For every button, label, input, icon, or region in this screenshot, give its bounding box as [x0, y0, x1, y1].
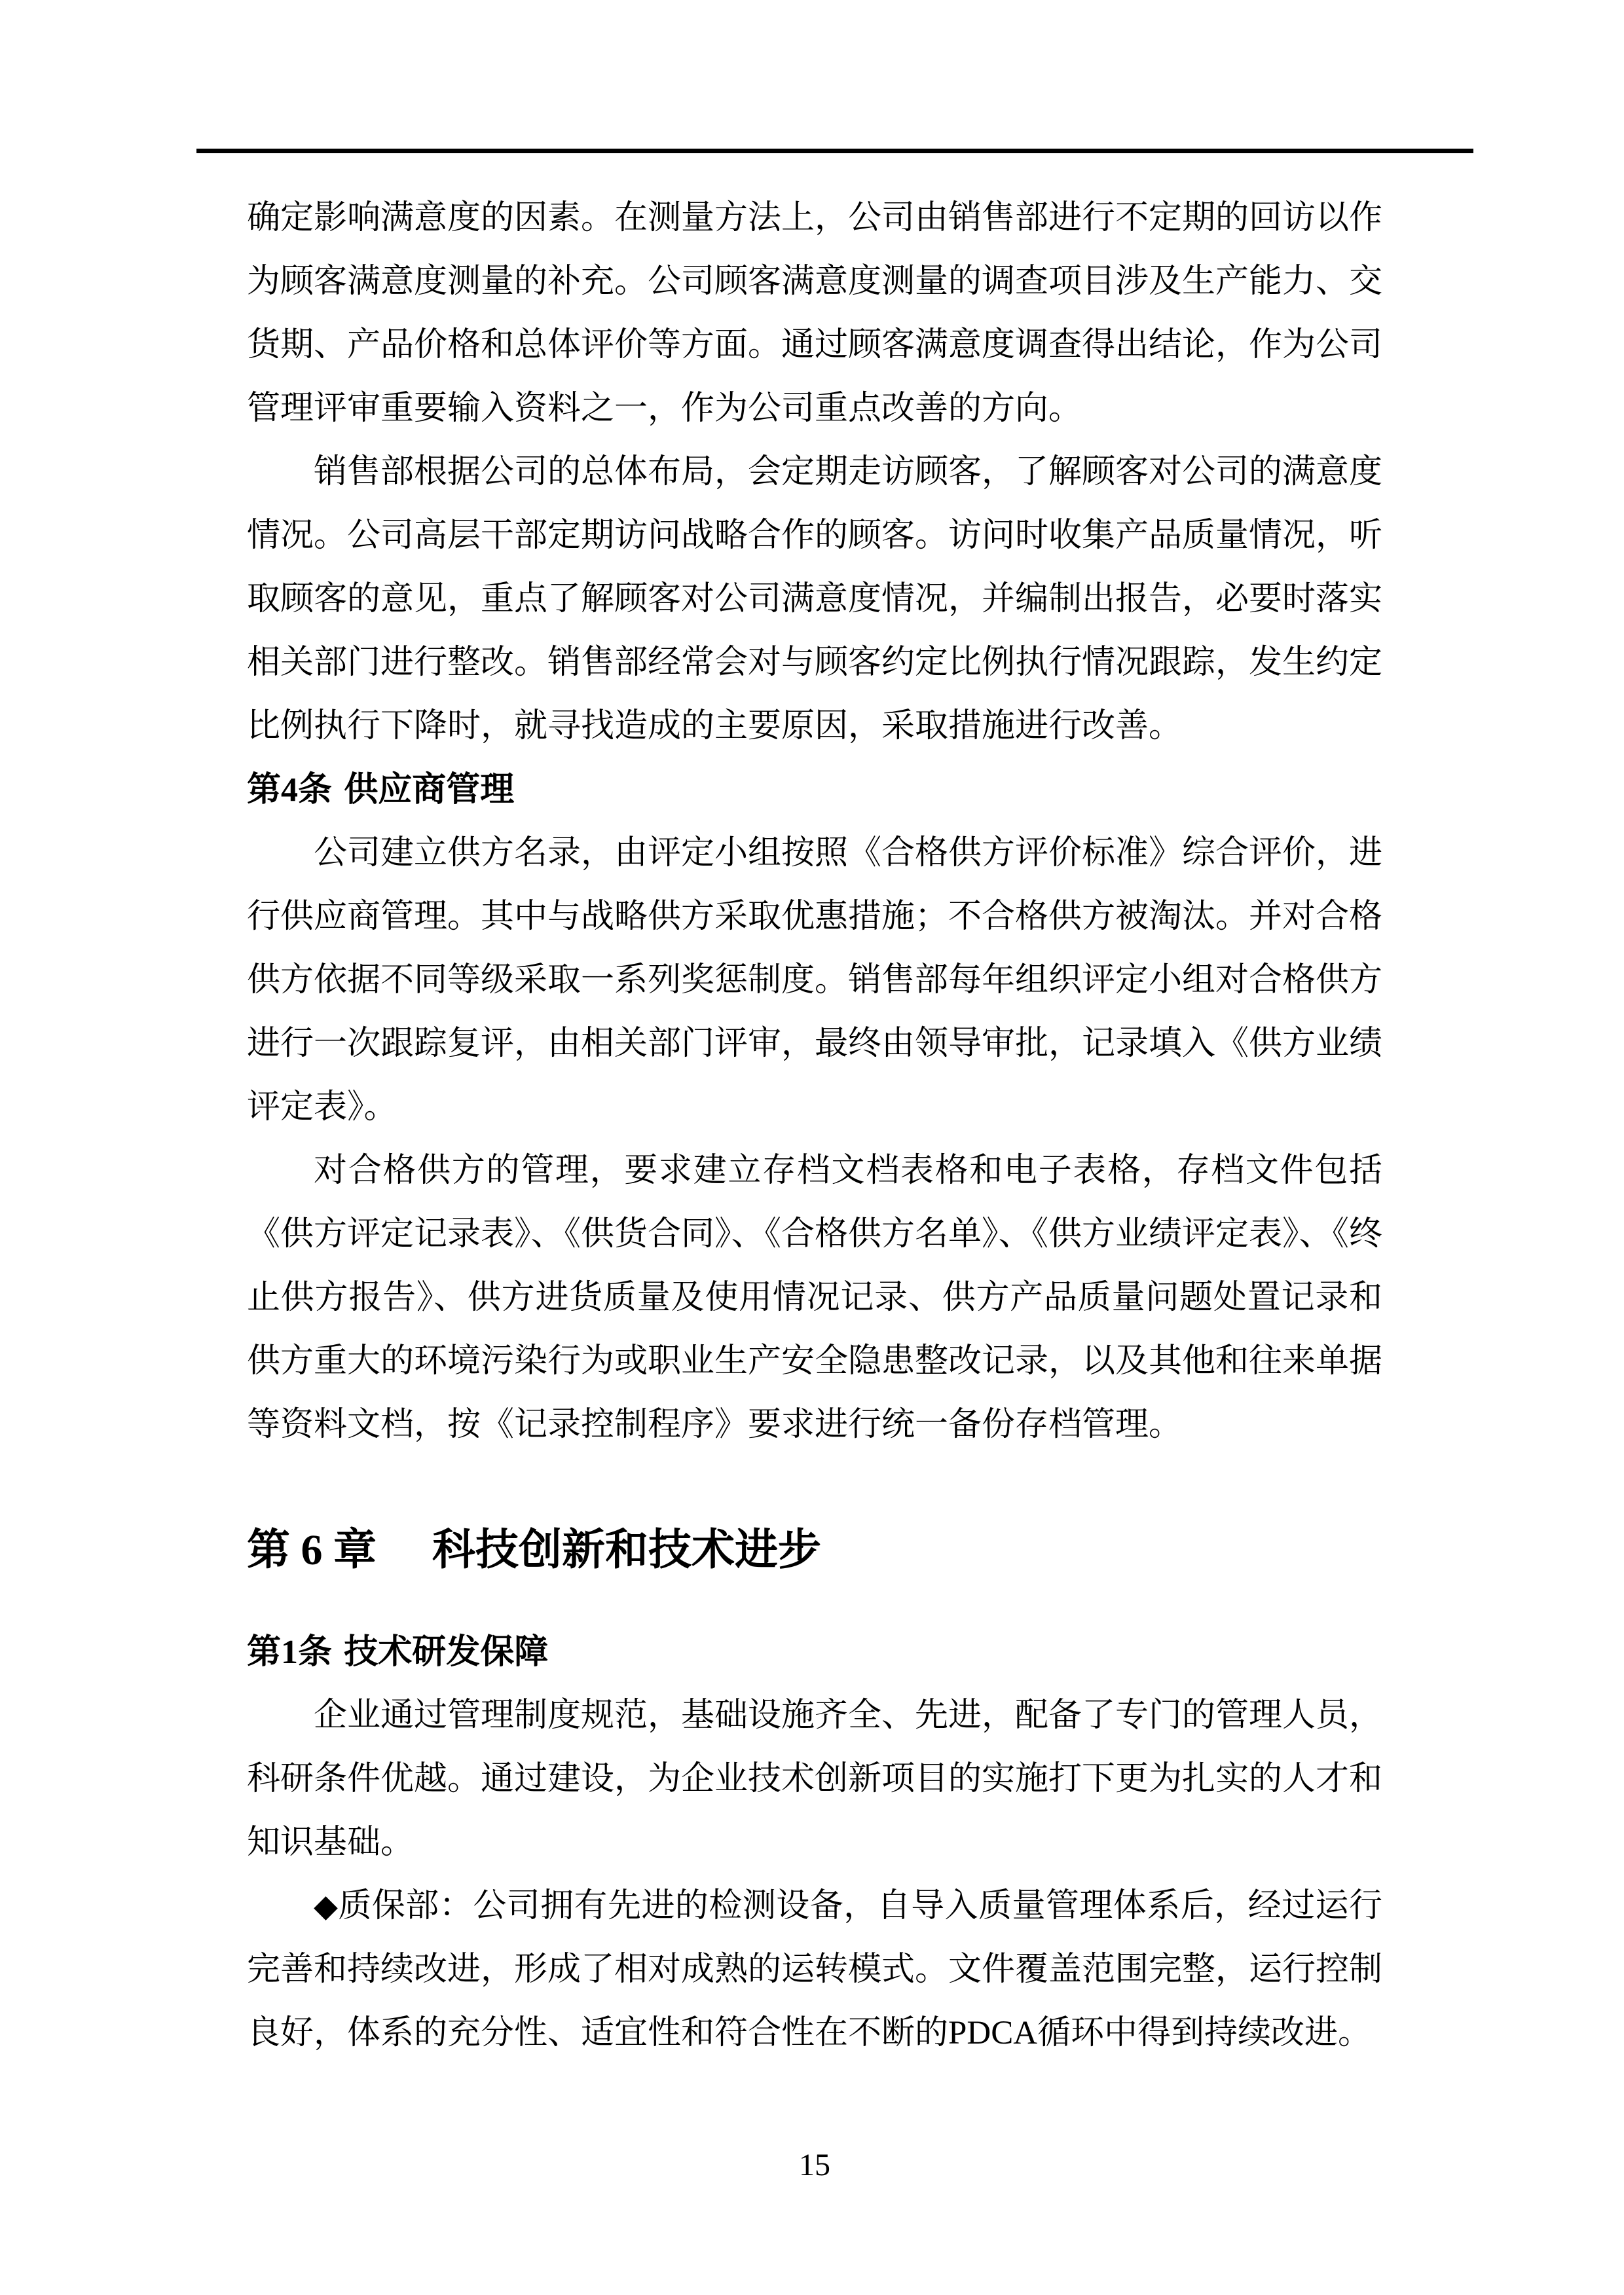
- page-number: 15: [247, 2133, 1382, 2197]
- article-4-heading: 第4条供应商管理: [247, 758, 1382, 822]
- document-body: 确定影响满意度的因素。在测量方法上，公司由销售部进行不定期的回访以作为顾客满意度…: [247, 187, 1382, 2197]
- article-1-label: 第1条: [247, 1634, 332, 1671]
- article-1-title: 技术研发保障: [344, 1634, 548, 1671]
- qa-bullet-text: 质保部：公司拥有先进的检测设备，自导入质量管理体系后，经过运行完善和持续改进，形…: [247, 1888, 1382, 2051]
- paragraph-supplier-evaluation: 公司建立供方名录，由评定小组按照《合格供方评价标准》综合评价，进行供应商管理。其…: [247, 822, 1382, 1139]
- paragraph-supplier-archive: 对合格供方的管理，要求建立存档文档表格和电子表格，存档文件包括《供方评定记录表》…: [247, 1139, 1382, 1457]
- article-4-label: 第4条: [247, 771, 332, 809]
- chapter-6-heading: 第 6 章科技创新和技术进步: [247, 1518, 1382, 1583]
- paragraph-continued: 确定影响满意度的因素。在测量方法上，公司由销售部进行不定期的回访以作为顾客满意度…: [247, 187, 1382, 441]
- qa-bullet-paragraph: ◆质保部：公司拥有先进的检测设备，自导入质量管理体系后，经过运行完善和持续改进，…: [247, 1875, 1382, 2065]
- chapter-6-label: 第 6 章: [247, 1526, 377, 1574]
- header-rule: [196, 149, 1473, 153]
- article-1-heading: 第1条技术研发保障: [247, 1621, 1382, 1684]
- diamond-bullet-icon: ◆: [314, 1888, 338, 1924]
- paragraph-rd-guarantee: 企业通过管理制度规范，基础设施齐全、先进，配备了专门的管理人员，科研条件优越。通…: [247, 1684, 1382, 1875]
- article-4-title: 供应商管理: [344, 771, 514, 809]
- paragraph-customer-visits: 销售部根据公司的总体布局，会定期走访顾客，了解顾客对公司的满意度情况。公司高层干…: [247, 441, 1382, 758]
- document-page: 确定影响满意度的因素。在测量方法上，公司由销售部进行不定期的回访以作为顾客满意度…: [0, 0, 1624, 2295]
- chapter-6-title: 科技创新和技术进步: [432, 1526, 821, 1574]
